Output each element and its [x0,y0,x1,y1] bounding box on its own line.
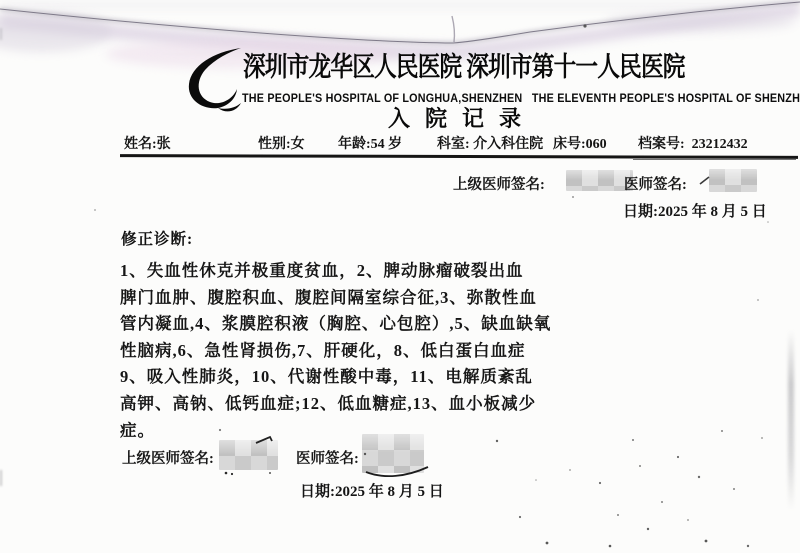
diagnosis-line: 1、失血性休克并极重度贫血，2、脾动脉瘤破裂出血 [120,257,590,284]
patient-gender-field: 性别:女 [258,137,305,153]
diagnosis-line: 脾门血肿、腹腔积血、腹腔间隔室综合征,3、弥散性血 [120,284,590,311]
top-date: 日期:2025 年 8 月 5 日 [623,204,767,221]
top-senior-doctor-signature-label: 上级医师签名: [453,177,545,194]
patient-dept-field: 科室: 介入科住院 [437,137,543,153]
header-divider-line [120,154,798,158]
diagnosis-line: 管内凝血,4、浆膜腔积液（胸腔、心包腔）,5、缺血缺氧 [120,310,590,337]
hospital-name-en: THE PEOPLE'S HOSPITAL OF LONGHUA,SHENZHE… [242,92,800,106]
diagnosis-body: 1、失血性休克并极重度贫血，2、脾动脉瘤破裂出血 脾门血肿、腹腔积血、腹腔间隔室… [120,257,590,443]
diagnosis-line: 9、吸入性肺炎，10、代谢性酸中毒，11、电解质紊乱 [120,363,590,390]
page-edge-shadow [788,330,794,510]
diagnosis-line: 高钾、高钠、低钙血症;12、低血糖症,13、血小板减少 [120,390,590,417]
scanned-admission-record: 深圳市龙华区人民医院 深圳市第十一人民医院 THE PEOPLE'S HOSPI… [0,0,800,553]
bottom-doctor-signature-redacted [362,434,424,473]
left-edge-mark [0,28,2,40]
patient-fileno-field: 档案号: 23212432 [638,137,748,153]
diagnosis-heading: 修正诊断: [121,231,193,249]
bottom-date: 日期:2025 年 8 月 5 日 [300,484,444,501]
top-doctor-signature-label: 医师签名: [624,177,687,194]
diagnosis-line: 性脑病,6、急性肾损伤,7、肝硬化，8、低白蛋白血症 [120,337,590,364]
patient-bed-field: 床号:060 [553,137,607,153]
fileno-underline [633,159,796,160]
patient-name-field: 姓名:张 [124,137,171,153]
bottom-senior-doctor-signature-label: 上级医师签名: [122,451,214,468]
bottom-senior-doctor-signature-redacted [219,440,278,470]
document-title: 入院记录 [388,106,536,131]
patient-age-field: 年龄:54 岁 [338,137,402,153]
top-doctor-signature-redacted [709,169,757,192]
hospital-name-cn: 深圳市龙华区人民医院 深圳市第十一人民医院 [243,52,685,83]
left-edge-mark [0,470,2,486]
bottom-doctor-signature-label: 医师签名: [296,451,359,468]
diagnosis-line: 症。 [120,417,590,444]
top-senior-doctor-signature-redacted [566,170,633,191]
hospital-logo-icon [183,46,251,112]
